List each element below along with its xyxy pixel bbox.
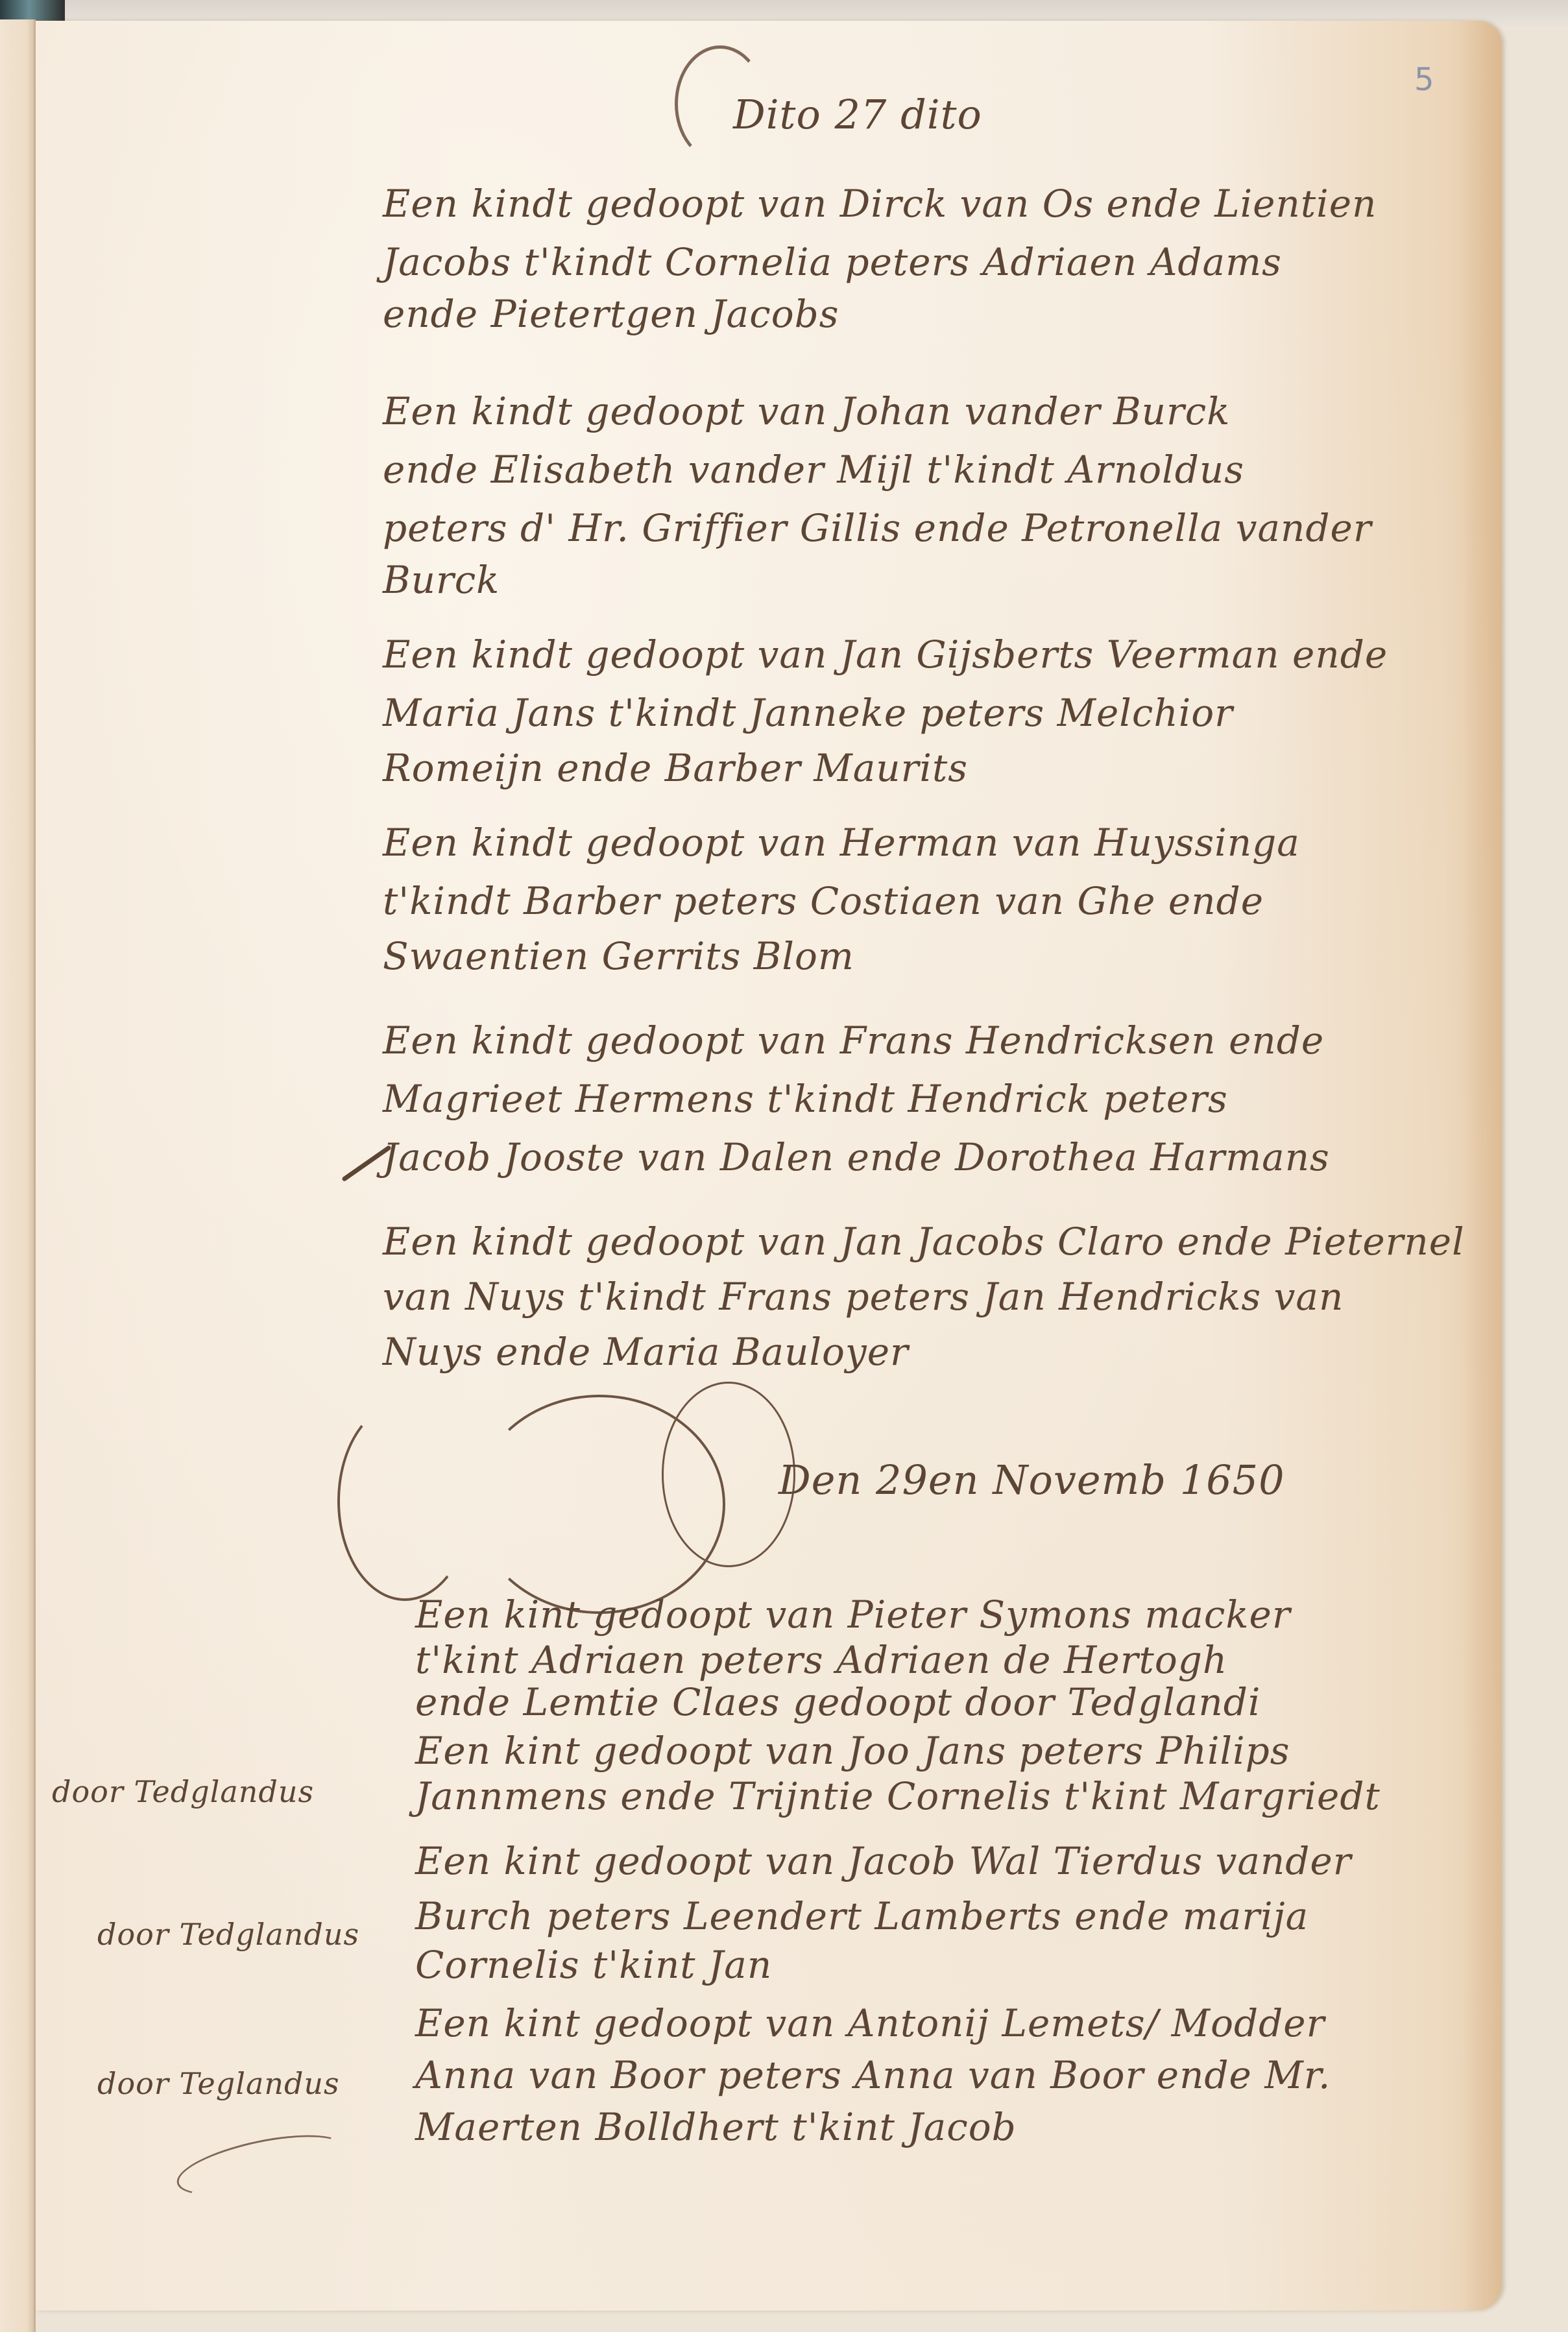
decorative-loop-icon <box>662 1382 795 1567</box>
entry-5-line-1: Een kindt gedoopt van Frans Hendricksen … <box>383 1018 1324 1063</box>
entry-8-line-2: Jannmens ende Trijntie Cornelis t'kint M… <box>415 1774 1381 1818</box>
entry-2-line-4: Burck <box>383 558 500 602</box>
entry-9-line-2: Burch peters Leendert Lamberts ende mari… <box>415 1894 1309 1938</box>
entry-2-line-3: peters d' Hr. Griffier Gillis ende Petro… <box>383 506 1372 550</box>
entry-4-line-2: t'kindt Barber peters Costiaen van Ghe e… <box>383 879 1264 923</box>
decorative-initial-z-icon <box>337 1401 472 1601</box>
entry-3-line-3: Romeijn ende Barber Maurits <box>383 746 968 790</box>
entry-1-line-2: Jacobs t'kindt Cornelia peters Adriaen A… <box>383 240 1282 284</box>
margin-note-9: door Tedglandus <box>97 1917 359 1952</box>
entry-2-line-1: Een kindt gedoopt van Johan vander Burck <box>383 389 1230 433</box>
entry-10-line-3: Maerten Bolldhert t'kint Jacob <box>415 2105 1017 2149</box>
entry-3-line-2: Maria Jans t'kindt Janneke peters Melchi… <box>383 691 1233 735</box>
folio-number: 5 <box>1414 62 1434 98</box>
margin-note-10: door Teglandus <box>97 2066 340 2101</box>
entry-6-line-3: Nuys ende Maria Bauloyer <box>383 1330 909 1374</box>
page-edge-stain <box>1463 21 1502 2311</box>
entry-7-line-2: t'kint Adriaen peters Adriaen de Hertogh <box>415 1638 1227 1682</box>
entry-4-line-3: Swaentien Gerrits Blom <box>383 934 854 978</box>
entry-10-line-1: Een kint gedoopt van Antonij Lemets/ Mod… <box>415 2001 1325 2045</box>
margin-note-8: door Tedglandus <box>52 1774 314 1809</box>
entry-1-line-1: Een kindt gedoopt van Dirck van Os ende … <box>383 182 1377 226</box>
entry-1-line-3: ende Pietertgen Jacobs <box>383 292 839 336</box>
entry-8-line-1: Een kint gedoopt van Joo Jans peters Phi… <box>415 1729 1290 1773</box>
entry-9-line-3: Cornelis t'kint Jan <box>415 1943 772 1987</box>
facing-page-edge <box>0 19 36 2332</box>
entry-10-line-2: Anna van Boor peters Anna van Boor ende … <box>415 2053 1331 2097</box>
entry-7-line-3: ende Lemtie Claes gedoopt door Tedglandi <box>415 1680 1260 1724</box>
entry-3-line-1: Een kindt gedoopt van Jan Gijsberts Veer… <box>383 632 1388 677</box>
entry-5-line-2: Magrieet Hermens t'kindt Hendrick peters <box>383 1077 1228 1121</box>
entry-6-line-1: Een kindt gedoopt van Jan Jacobs Claro e… <box>383 1220 1465 1264</box>
date-heading-2: Den 29en Novemb 1650 <box>778 1456 1285 1504</box>
entry-2-line-2: ende Elisabeth vander Mijl t'kindt Arnol… <box>383 448 1244 492</box>
entry-7-line-1: Een kint gedoopt van Pieter Symons macke… <box>415 1593 1291 1637</box>
entry-9-line-1: Een kint gedoopt van Jacob Wal Tierdus v… <box>415 1839 1351 1883</box>
date-heading-1: Dito 27 dito <box>733 91 982 138</box>
entry-6-line-2: van Nuys t'kindt Frans peters Jan Hendri… <box>383 1275 1344 1319</box>
entry-4-line-1: Een kindt gedoopt van Herman van Huyssin… <box>383 821 1300 865</box>
entry-5-line-3: Jacob Jooste van Dalen ende Dorothea Har… <box>383 1135 1330 1179</box>
